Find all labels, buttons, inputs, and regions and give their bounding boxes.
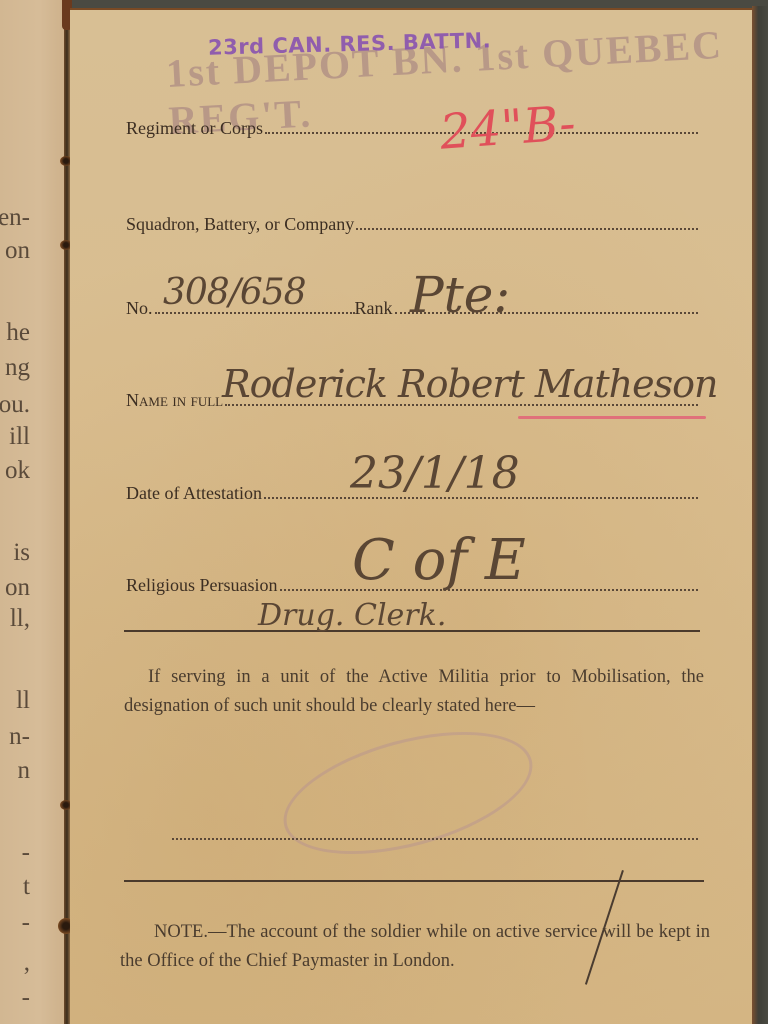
occupation-value: Drug. Clerk. bbox=[258, 598, 446, 633]
attestation-label: Date of Attestation bbox=[126, 483, 262, 504]
full-name-value: Roderick Robert Matheson bbox=[222, 362, 717, 406]
religion-label: Religious Persuasion bbox=[126, 575, 278, 596]
left-page-text-fragment: n bbox=[18, 758, 31, 783]
red-underline bbox=[518, 416, 706, 419]
left-page-text-fragment: n- bbox=[9, 724, 30, 749]
regiment-label: Regiment or Corps bbox=[126, 118, 263, 139]
left-page-text-fragment: ll bbox=[16, 688, 30, 713]
squadron-field: Squadron, Battery, or Company bbox=[126, 214, 698, 235]
left-page-text-fragment: is bbox=[13, 540, 30, 565]
left-page-text-fragment: ou. bbox=[0, 392, 30, 417]
page-edge-background bbox=[752, 6, 768, 1024]
religion-value: C of E bbox=[352, 528, 526, 593]
militia-instruction: If serving in a unit of the Active Milit… bbox=[124, 663, 704, 721]
left-page-text-fragment: - bbox=[22, 910, 30, 935]
militia-unit-dotted-line[interactable] bbox=[172, 838, 698, 840]
regiment-value: 24"B- bbox=[438, 95, 577, 160]
paybook-page bbox=[70, 8, 755, 1024]
left-page-text-fragment: , bbox=[24, 950, 30, 975]
left-page-text-fragment: t bbox=[23, 874, 30, 899]
rank-label: Rank bbox=[355, 298, 393, 319]
name-label: Name in full bbox=[126, 390, 223, 411]
militia-unit-field bbox=[170, 838, 698, 845]
service-number-value: 308/658 bbox=[163, 272, 306, 313]
rank-value: Pte: bbox=[410, 266, 510, 324]
left-page-text-fragment: - bbox=[22, 840, 30, 865]
paymaster-note: NOTE.—The account of the soldier while o… bbox=[120, 918, 710, 976]
left-page: en-onhengou.illokisonll,lln-n-t-,- bbox=[0, 0, 66, 1024]
left-page-text-fragment: en- bbox=[0, 205, 30, 230]
left-page-text-fragment: ok bbox=[5, 458, 30, 483]
attestation-date-value: 23/1/18 bbox=[350, 448, 520, 499]
regiment-field: Regiment or Corps bbox=[126, 118, 698, 139]
left-page-text-fragment: ll, bbox=[10, 606, 30, 631]
left-page-text-fragment: on bbox=[5, 238, 30, 263]
number-label: No. bbox=[126, 298, 153, 319]
squadron-dotted-line[interactable] bbox=[356, 228, 698, 230]
left-page-text-fragment: ng bbox=[5, 355, 30, 380]
left-page-text-fragment: ill bbox=[9, 424, 30, 449]
left-page-text-fragment: on bbox=[5, 575, 30, 600]
left-page-text-fragment: he bbox=[6, 320, 30, 345]
squadron-label: Squadron, Battery, or Company bbox=[126, 214, 354, 235]
left-page-text-fragment: - bbox=[22, 985, 30, 1010]
